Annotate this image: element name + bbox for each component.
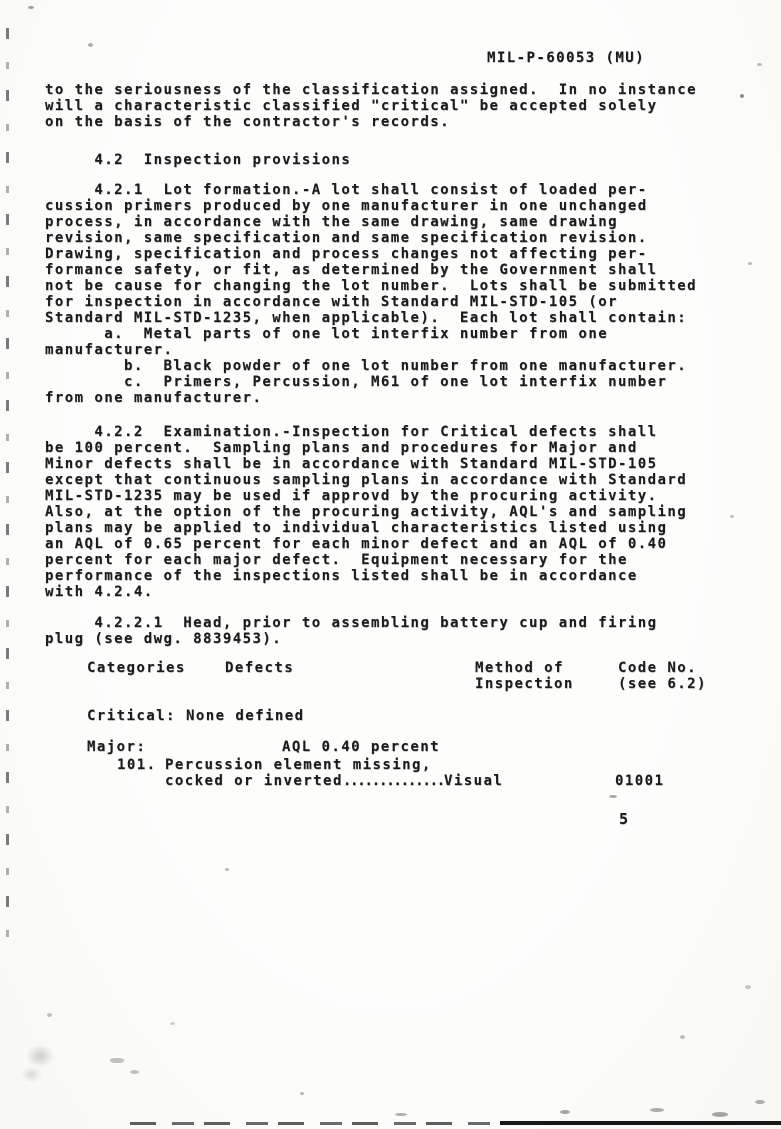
- page-number: 5: [619, 811, 629, 827]
- scan-speck: [47, 1013, 52, 1017]
- scan-speck: [300, 1092, 304, 1095]
- scan-speck: [560, 1110, 570, 1114]
- table-row-101-defect-text: cocked or inverted: [165, 773, 343, 789]
- scan-speck: [755, 1100, 765, 1104]
- scan-speck: [28, 6, 34, 9]
- scan-speck: [110, 1058, 124, 1063]
- scan-speck: [395, 1113, 407, 1116]
- table-row-major-aql: AQL 0.40 percent: [282, 739, 440, 755]
- paragraph-4-2-2: 4.2.2 Examination.-Inspection for Critic…: [45, 424, 687, 600]
- scanned-document-page: MIL-P-60053 (MU) to the seriousness of t…: [0, 0, 781, 1129]
- table-header-code-no: Code No. (see 6.2): [618, 660, 707, 692]
- table-row-101-method: Visual: [444, 773, 503, 789]
- scan-speck: [650, 1108, 664, 1112]
- leader-dots: ..............: [343, 773, 444, 789]
- table-header-method-of-inspection: Method of Inspection: [475, 660, 574, 692]
- paragraph-intro: to the seriousness of the classification…: [45, 82, 697, 130]
- paragraph-4-2-2-1: 4.2.2.1 Head, prior to assembling batter…: [45, 615, 657, 647]
- scan-speck: [130, 1070, 139, 1074]
- scan-speck: [757, 63, 762, 66]
- scan-speck: [730, 515, 734, 518]
- scan-bottom-solid-line: [500, 1121, 781, 1125]
- section-heading-4-2: 4.2 Inspection provisions: [45, 152, 351, 168]
- table-row-101-defect-line2: cocked or inverted..............Visual: [165, 773, 503, 789]
- table-header-categories: Categories: [87, 660, 186, 676]
- table-row-101-defect-line1: Percussion element missing,: [165, 757, 432, 773]
- scan-speck: [88, 43, 93, 47]
- table-row-critical-value: None defined: [186, 708, 305, 724]
- table-row-101-code: 01001: [615, 773, 664, 789]
- scan-speck: [748, 262, 752, 265]
- scan-speck: [680, 1035, 685, 1039]
- scan-bottom-broken-line: [130, 1122, 510, 1125]
- scan-speck: [225, 868, 229, 871]
- scan-speck: [745, 985, 751, 989]
- table-row-critical-label: Critical:: [87, 708, 176, 724]
- scan-smudge: [16, 1040, 60, 1086]
- scan-speck: [740, 94, 744, 98]
- scan-speck: [609, 795, 617, 798]
- document-id: MIL-P-60053 (MU): [487, 50, 645, 66]
- scan-speck: [170, 1022, 175, 1025]
- scan-speck: [712, 1112, 728, 1117]
- table-row-major-label: Major:: [87, 739, 146, 755]
- table-header-defects: Defects: [225, 660, 294, 676]
- scan-edge-dashed-line: [6, 28, 9, 953]
- paragraph-4-2-1: 4.2.1 Lot formation.-A lot shall consist…: [45, 182, 697, 406]
- table-row-101-number: 101.: [117, 757, 157, 773]
